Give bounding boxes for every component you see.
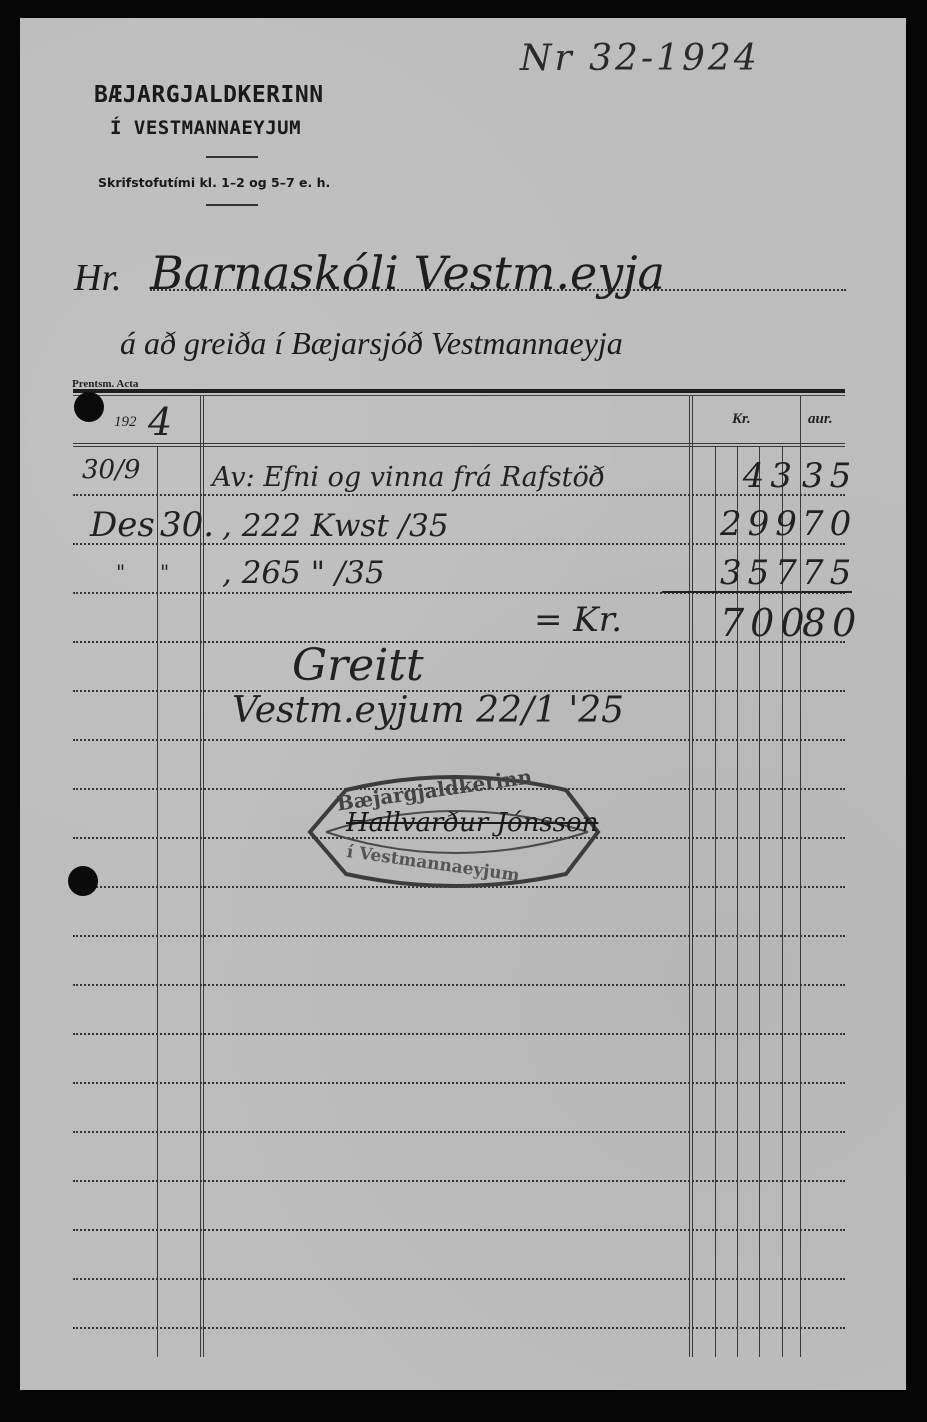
year-printed: 192: [114, 414, 137, 431]
stamp-signature: Hallvarður Jónsson: [346, 808, 598, 838]
paid-note: Greitt: [292, 640, 424, 691]
row-description: , 265 " /35: [222, 555, 385, 591]
row-line: [73, 984, 845, 986]
letterhead-org-location: Í VESTMANNAEYJUM: [110, 117, 301, 139]
row-amount-kr: 299: [720, 504, 798, 544]
row-line: [73, 1131, 845, 1133]
payer-dotted-line: [150, 289, 846, 291]
official-stamp: Bæjargjaldkerinn Hallvarður Jónsson í Ve…: [306, 770, 602, 892]
header-bottom-rule-2: [73, 446, 845, 447]
receipt-place-date: Vestm.eyjum 22/1 '25: [232, 690, 624, 731]
letterhead-divider: [206, 156, 258, 158]
column-line-amount-left: [689, 396, 690, 1357]
row-line: [73, 1082, 845, 1084]
total-amount-aur: 80: [802, 601, 862, 645]
payer-salutation: Hr.: [74, 256, 122, 300]
table-top-rule: [73, 389, 845, 393]
row-line: [73, 1278, 845, 1280]
punch-hole-top: [74, 392, 104, 422]
sum-underline: [662, 591, 852, 593]
total-label: = Kr.: [534, 600, 622, 640]
total-amount-kr: 700: [720, 601, 798, 645]
row-amount-aur: 35: [802, 456, 857, 496]
letterhead-divider: [206, 204, 258, 206]
column-line-digit: [715, 447, 716, 1357]
row-date: 30/9: [82, 455, 140, 485]
row-line: [73, 935, 845, 937]
row-amount-aur: 75: [802, 553, 857, 593]
document-number: Nr 32-1924: [520, 38, 760, 79]
row-description: , 222 Kwst /35: [222, 508, 449, 544]
row-line: [73, 1327, 845, 1329]
row-line: [73, 1180, 845, 1182]
row-line: [73, 1033, 845, 1035]
column-line-day: [157, 447, 158, 1357]
row-amount-aur: 70: [802, 504, 857, 544]
column-header-kr: Kr.: [732, 411, 751, 428]
punch-hole-bottom: [68, 866, 98, 896]
column-header-aur: aur.: [808, 411, 833, 428]
row-day: ": [160, 560, 169, 584]
header-bottom-rule: [73, 443, 845, 444]
year-handwritten: 4: [148, 400, 172, 444]
letterhead-org-name: BÆJARGJALDKERINN: [94, 82, 324, 108]
payer-name: Barnaskóli Vestm.eyja: [150, 246, 665, 300]
row-day: 30.: [160, 505, 214, 545]
row-line: [73, 1229, 845, 1231]
column-line-amount-left-2: [692, 396, 693, 1357]
row-line: [73, 739, 845, 741]
row-amount-kr: 43: [740, 456, 798, 496]
row-date: Des: [90, 505, 155, 545]
row-date: ": [116, 560, 125, 584]
pay-instruction: á að greiða í Bæjarsjóð Vestmannaeyja: [120, 325, 623, 362]
row-line: [73, 494, 845, 496]
row-amount-kr: 357: [720, 553, 798, 593]
office-hours: Skrifstofutími kl. 1–2 og 5–7 e. h.: [98, 175, 330, 190]
table-top-rule-thin: [73, 395, 845, 396]
row-description: Av: Efni og vinna frá Rafstöð: [212, 462, 605, 493]
